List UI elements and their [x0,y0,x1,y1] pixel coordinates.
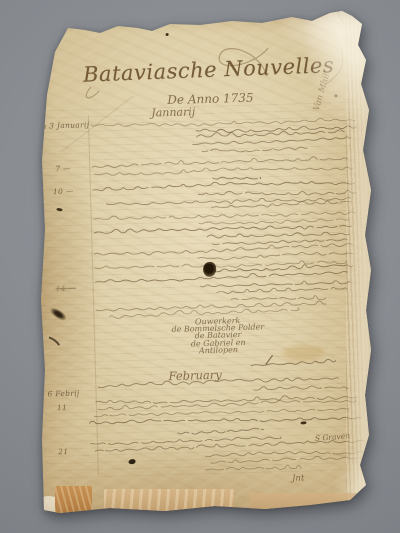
handwriting-line [196,125,356,133]
handwriting-line [207,231,349,239]
tape-repair [104,489,234,515]
handwriting-line [211,200,351,209]
handwriting-line [201,280,351,288]
corner-crack [337,12,343,23]
handwriting-line [199,218,349,225]
month-header-january: Jannarij [126,105,221,121]
handwriting-line [93,178,355,191]
page-content: Bataviasche Nouvelles De Anno 1735 Janna… [27,3,387,522]
handwriting-line [202,146,307,153]
ink-smudge-chevron [49,337,59,345]
handwriting-line [178,428,264,435]
handwriting-line [212,239,347,245]
handwriting-line [95,259,347,271]
handwriting-line [213,176,261,180]
handwriting-line [95,243,353,257]
handwriting-line [92,156,347,168]
manuscript-page: Bataviasche Nouvelles De Anno 1735 Janna… [34,8,380,518]
ship-list: Ouwerkerkde Bommelsche Polderde Batavier… [160,316,277,355]
margin-note: 6 Febrij [47,389,79,399]
margin-notes-layer: Jn 3 Januarij7 —10 —14 —6 Febrij1121 [27,3,373,13]
handwriting-line [253,384,348,391]
margin-note: 21 [58,447,68,456]
end-mark: Jnt [292,473,305,483]
margin-note: 10 — [53,187,74,197]
handwriting-line [94,223,352,235]
handwriting-line [198,188,356,198]
margin-note: Jn 3 Januarij [38,120,89,130]
margin-note: 14 — [56,284,77,294]
handwriting-line [231,295,329,302]
margin-note: 7 — [55,164,71,173]
tape-repair [249,493,369,515]
handwriting-line [206,465,301,472]
tape-repair [55,486,92,514]
handwriting-line [94,209,356,221]
body-handwriting [81,117,371,475]
handwriting-line [210,455,370,464]
photo-background: Bataviasche Nouvelles De Anno 1735 Janna… [0,0,400,533]
handwriting-line [198,251,355,261]
handwriting-line [96,301,326,312]
manuscript-page-wrapper: Bataviasche Nouvelles De Anno 1735 Janna… [0,0,400,533]
title-flourish [86,87,99,98]
handwriting-line [205,449,370,458]
handwriting-line [91,436,283,445]
margin-note: 11 [57,403,67,412]
handwriting-line [106,196,351,207]
handwriting-line [95,271,347,284]
handwriting-line [193,137,351,145]
handwriting-line [217,286,347,294]
handwriting-line [94,164,352,177]
pen-flick-mark [266,355,273,364]
month-header-february: February [155,367,235,383]
